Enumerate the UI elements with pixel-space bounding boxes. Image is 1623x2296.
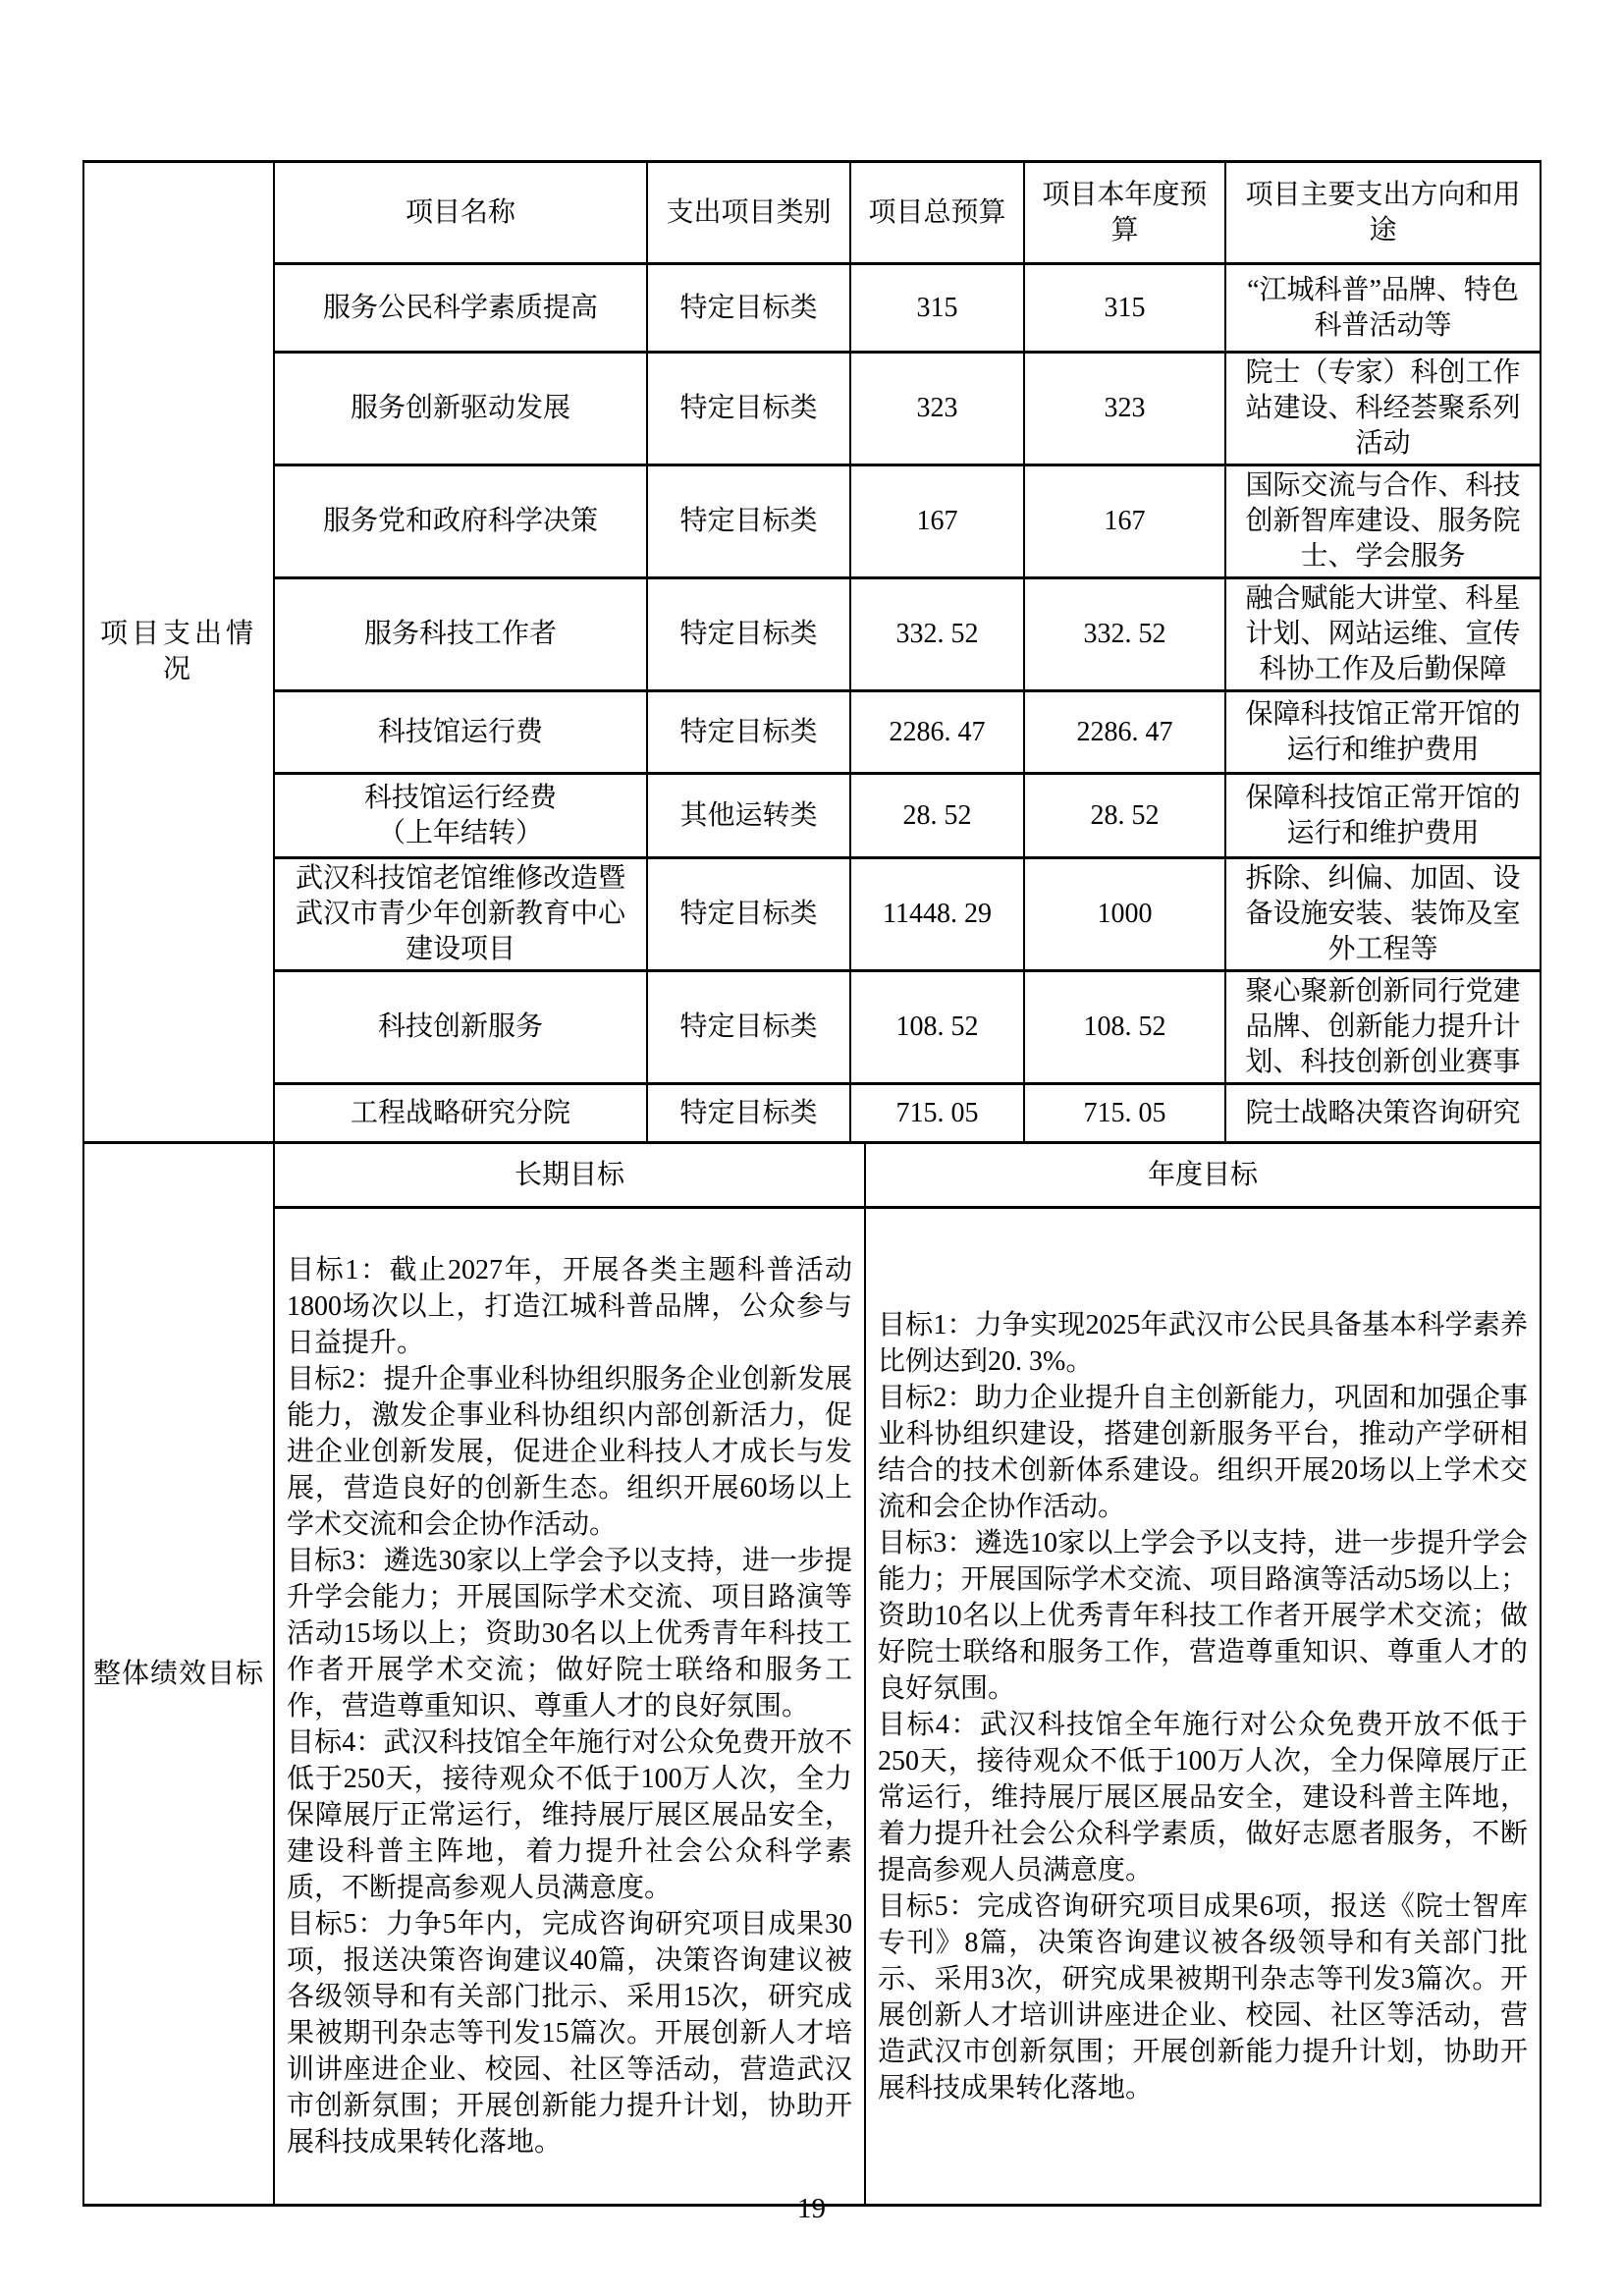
cell-total-budget: 332. 52	[850, 578, 1024, 691]
table-row: 服务党和政府科学决策 特定目标类 167 167 国际交流与合作、科技创新智库建…	[83, 465, 1541, 578]
cell-project-name: 科技馆运行费	[274, 691, 647, 774]
col-header-long-term-goals: 长期目标	[274, 1143, 865, 1208]
table-row: 服务公民科学素质提高 特定目标类 315 315 “江城科普”品牌、特色科普活动…	[83, 264, 1541, 353]
cell-total-budget: 715. 05	[850, 1084, 1024, 1143]
budget-performance-table: 项目支出情况 项目名称 支出项目类别 项目总预算 项目本年度预算 项目主要支出方…	[82, 160, 1540, 2207]
cell-total-budget: 28. 52	[850, 774, 1024, 858]
cell-total-budget: 315	[850, 264, 1024, 353]
cell-year-budget: 332. 52	[1024, 578, 1225, 691]
col-header-project-name: 项目名称	[274, 162, 647, 264]
cell-year-budget: 1000	[1024, 858, 1225, 971]
cell-project-name: 科技馆运行经费 （上年结转）	[274, 774, 647, 858]
col-header-category: 支出项目类别	[647, 162, 850, 264]
table-row: 武汉科技馆老馆维修改造暨武汉市青少年创新教育中心建设项目 特定目标类 11448…	[83, 858, 1541, 971]
goal-paragraph: 目标3：遴选10家以上学会予以支持，进一步提升学会能力；开展国际学术交流、项目路…	[878, 1525, 1528, 1707]
cell-category: 特定目标类	[647, 858, 850, 971]
col-header-total-budget: 项目总预算	[850, 162, 1024, 264]
col-header-purpose: 项目主要支出方向和用途	[1225, 162, 1541, 264]
goal-paragraph: 目标2：助力企业提升自主创新能力，巩固和加强企事业科协组织建设，搭建创新服务平台…	[878, 1380, 1528, 1525]
cell-category: 其他运转类	[647, 774, 850, 858]
cell-purpose: 聚心聚新创新同行党建品牌、创新能力提升计划、科技创新创业赛事	[1225, 971, 1541, 1084]
goal-paragraph: 目标1：截止2027年，开展各类主题科普活动1800场次以上，打造江城科普品牌，…	[287, 1252, 852, 1361]
section-label-expenditure: 项目支出情况	[83, 162, 274, 1143]
goal-paragraph: 目标1：力争实现2025年武汉市公民具备基本科学素养比例达到20. 3%。	[878, 1307, 1528, 1380]
cell-project-name: 科技创新服务	[274, 971, 647, 1084]
cell-total-budget: 2286. 47	[850, 691, 1024, 774]
cell-category: 特定目标类	[647, 353, 850, 465]
goal-paragraph: 目标4：武汉科技馆全年施行对公众免费开放不低于250天，接待观众不低于100万人…	[287, 1724, 852, 1906]
cell-year-budget: 28. 52	[1024, 774, 1225, 858]
cell-project-name: 工程战略研究分院	[274, 1084, 647, 1143]
goal-paragraph: 目标4：武汉科技馆全年施行对公众免费开放不低于250天，接待观众不低于100万人…	[878, 1707, 1528, 1888]
cell-purpose: 保障科技馆正常开馆的运行和维护费用	[1225, 774, 1541, 858]
cell-year-budget: 167	[1024, 465, 1225, 578]
cell-year-budget: 108. 52	[1024, 971, 1225, 1084]
table-row: 服务科技工作者 特定目标类 332. 52 332. 52 融合赋能大讲堂、科星…	[83, 578, 1541, 691]
goal-paragraph: 目标3：遴选30家以上学会予以支持，进一步提升学会能力；开展国际学术交流、项目路…	[287, 1543, 852, 1724]
goal-paragraph: 目标2：提升企事业科协组织服务企业创新发展能力，激发企事业科协组织内部创新活力，…	[287, 1361, 852, 1543]
cell-purpose: “江城科普”品牌、特色科普活动等	[1225, 264, 1541, 353]
table-row: 科技馆运行费 特定目标类 2286. 47 2286. 47 保障科技馆正常开馆…	[83, 691, 1541, 774]
cell-total-budget: 323	[850, 353, 1024, 465]
project-expenditure-table: 项目支出情况 项目名称 支出项目类别 项目总预算 项目本年度预算 项目主要支出方…	[82, 160, 1542, 1144]
cell-purpose: 拆除、纠偏、加固、设备设施安装、装饰及室外工程等	[1225, 858, 1541, 971]
cell-category: 特定目标类	[647, 1084, 850, 1143]
cell-category: 特定目标类	[647, 465, 850, 578]
goals-header-row: 整体绩效目标 长期目标 年度目标	[83, 1143, 1541, 1208]
cell-purpose: 融合赋能大讲堂、科星计划、网站运维、宣传科协工作及后勤保障	[1225, 578, 1541, 691]
annual-goals-text: 目标1：力争实现2025年武汉市公民具备基本科学素养比例达到20. 3%。目标2…	[865, 1208, 1541, 2206]
long-term-goals-text: 目标1：截止2027年，开展各类主题科普活动1800场次以上，打造江城科普品牌，…	[274, 1208, 865, 2206]
cell-purpose: 院士（专家）科创工作站建设、科经荟聚系列活动	[1225, 353, 1541, 465]
cell-project-name: 服务创新驱动发展	[274, 353, 647, 465]
goals-body-row: 目标1：截止2027年，开展各类主题科普活动1800场次以上，打造江城科普品牌，…	[83, 1208, 1541, 2206]
document-page: 项目支出情况 项目名称 支出项目类别 项目总预算 项目本年度预算 项目主要支出方…	[0, 0, 1623, 2296]
cell-total-budget: 108. 52	[850, 971, 1024, 1084]
cell-year-budget: 315	[1024, 264, 1225, 353]
goal-paragraph: 目标5：力争5年内，完成咨询研究项目成果30项，报送决策咨询建议40篇，决策咨询…	[287, 1906, 852, 2160]
page-number: 19	[0, 2192, 1623, 2225]
cell-purpose: 保障科技馆正常开馆的运行和维护费用	[1225, 691, 1541, 774]
cell-project-name: 服务党和政府科学决策	[274, 465, 647, 578]
cell-category: 特定目标类	[647, 971, 850, 1084]
cell-project-name: 服务公民科学素质提高	[274, 264, 647, 353]
cell-category: 特定目标类	[647, 264, 850, 353]
cell-purpose: 院士战略决策咨询研究	[1225, 1084, 1541, 1143]
table-row: 科技创新服务 特定目标类 108. 52 108. 52 聚心聚新创新同行党建品…	[83, 971, 1541, 1084]
col-header-year-budget: 项目本年度预算	[1024, 162, 1225, 264]
cell-year-budget: 2286. 47	[1024, 691, 1225, 774]
cell-year-budget: 715. 05	[1024, 1084, 1225, 1143]
cell-total-budget: 11448. 29	[850, 858, 1024, 971]
performance-goals-table: 整体绩效目标 长期目标 年度目标 目标1：截止2027年，开展各类主题科普活动1…	[82, 1141, 1542, 2207]
table-row: 科技馆运行经费 （上年结转） 其他运转类 28. 52 28. 52 保障科技馆…	[83, 774, 1541, 858]
goal-paragraph: 目标5：完成咨询研究项目成果6项，报送《院士智库专刊》8篇，决策咨询建议被各级领…	[878, 1888, 1528, 2106]
cell-category: 特定目标类	[647, 691, 850, 774]
table-header-row: 项目支出情况 项目名称 支出项目类别 项目总预算 项目本年度预算 项目主要支出方…	[83, 162, 1541, 264]
cell-year-budget: 323	[1024, 353, 1225, 465]
cell-project-name: 武汉科技馆老馆维修改造暨武汉市青少年创新教育中心建设项目	[274, 858, 647, 971]
cell-purpose: 国际交流与合作、科技创新智库建设、服务院士、学会服务	[1225, 465, 1541, 578]
section-label-performance: 整体绩效目标	[83, 1143, 274, 2206]
cell-total-budget: 167	[850, 465, 1024, 578]
cell-category: 特定目标类	[647, 578, 850, 691]
table-row: 服务创新驱动发展 特定目标类 323 323 院士（专家）科创工作站建设、科经荟…	[83, 353, 1541, 465]
col-header-annual-goals: 年度目标	[865, 1143, 1541, 1208]
table-row: 工程战略研究分院 特定目标类 715. 05 715. 05 院士战略决策咨询研…	[83, 1084, 1541, 1143]
cell-project-name: 服务科技工作者	[274, 578, 647, 691]
